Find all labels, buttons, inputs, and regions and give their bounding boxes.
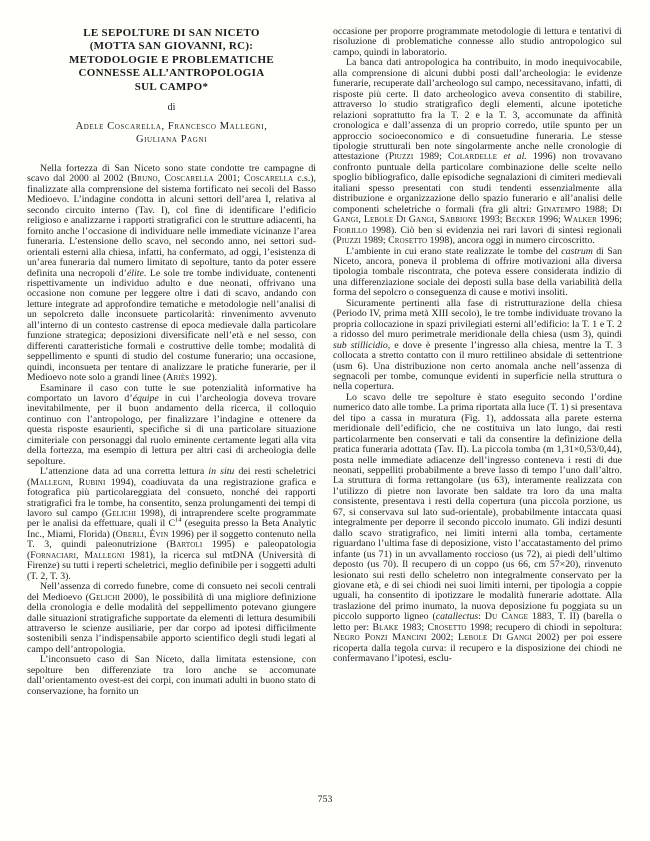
paragraph: Nella fortezza di San Niceto sono state …: [27, 164, 316, 384]
title-line: (MOTTA SAN GIOVANNI, RC):: [27, 40, 316, 53]
right-column: occasione per proporre programmate metod…: [333, 27, 622, 697]
paragraph: L’inconsueto caso di San Niceto, dalla l…: [27, 655, 316, 697]
title-line: METODOLOGIE E PROBLEMATICHE: [27, 54, 316, 67]
article-title: LE SEPOLTURE DI SAN NICETO(MOTTA SAN GIO…: [27, 27, 316, 94]
citation-name: Gelichi: [105, 508, 136, 519]
citation-name: Piuzzi: [336, 235, 361, 246]
italic-term: et al.: [503, 151, 526, 162]
paragraph: Esaminare il caso con tutte le sue poten…: [27, 384, 316, 468]
authors-line-1: Adele Coscarella, Francesco Mallegni,: [27, 120, 316, 133]
byline-di: di: [27, 102, 316, 113]
italic-term: élite: [127, 268, 144, 279]
paragraph: Lo scavo delle tre sepolture è stato ese…: [333, 393, 622, 665]
citation-name: Fornaciari, Mallegni: [30, 550, 124, 561]
citation-name: Colardelle: [448, 151, 497, 162]
citation-name: Oberli, Évin: [116, 529, 169, 540]
citation-name: Crosetto: [388, 235, 427, 246]
citation-name: Ariès: [166, 372, 189, 383]
citation-name: Fiorillo: [333, 225, 368, 236]
citation-name: Crosetto: [428, 622, 467, 633]
italic-term: équipe: [133, 393, 159, 404]
italic-term: catallectus: [436, 611, 478, 622]
superscript: 14: [175, 517, 182, 524]
paragraph: L’ambiente in cui erano state realizzate…: [333, 247, 622, 299]
paragraph: Nell’assenza di corredo funebre, come di…: [27, 582, 316, 655]
right-column-text: occasione per proporre programmate metod…: [333, 27, 622, 665]
title-line: LE SEPOLTURE DI SAN NICETO: [27, 27, 316, 40]
citation-name: Mallegni, Rubini: [30, 477, 105, 488]
paragraph: La banca dati antropologica ha contribui…: [333, 58, 622, 246]
citation-name: Ginatempo: [537, 204, 581, 215]
citation-name: Du Cange: [485, 611, 528, 622]
page-number: 753: [27, 794, 623, 805]
left-column: LE SEPOLTURE DI SAN NICETO(MOTTA SAN GIO…: [27, 27, 316, 697]
citation-name: Becker: [505, 214, 535, 225]
citation-name: Walker: [563, 214, 596, 225]
authors-line-2: Giuliana Pagni: [27, 133, 316, 146]
citation-name: Bruno, Coscarella: [131, 173, 214, 184]
citation-name: Gelichi: [89, 592, 120, 603]
citation-name: Lebole Di Gangi: [458, 632, 532, 643]
paragraph: Sicuramente pertinenti alla fase di rist…: [333, 299, 622, 393]
title-line: CONNESSE ALL’ANTROPOLOGIA: [27, 67, 316, 80]
citation-name: Coscarella: [244, 173, 293, 184]
citation-name: Negro Ponzi Mancini: [333, 632, 427, 643]
paragraph: occasione per proporre programmate metod…: [333, 27, 622, 58]
italic-term: castrum: [561, 246, 593, 257]
citation-name: Piuzzi: [389, 151, 414, 162]
two-column-layout: LE SEPOLTURE DI SAN NICETO(MOTTA SAN GIO…: [27, 27, 623, 697]
italic-term: in situ: [208, 466, 234, 477]
authors: Adele Coscarella, Francesco Mallegni, Gi…: [27, 120, 316, 146]
citation-name: Bartoli: [170, 539, 203, 550]
paper-page: LE SEPOLTURE DI SAN NICETO(MOTTA SAN GIO…: [0, 0, 650, 841]
paragraph: L’attenzione data ad una corretta lettur…: [27, 467, 316, 582]
citation-name: Blake: [372, 622, 398, 633]
title-line: SUL CAMPO*: [27, 81, 316, 94]
article-header: LE SEPOLTURE DI SAN NICETO(MOTTA SAN GIO…: [27, 27, 316, 146]
italic-term: sub stillicidio: [333, 340, 388, 351]
left-column-text: Nella fortezza di San Niceto sono state …: [27, 164, 316, 697]
